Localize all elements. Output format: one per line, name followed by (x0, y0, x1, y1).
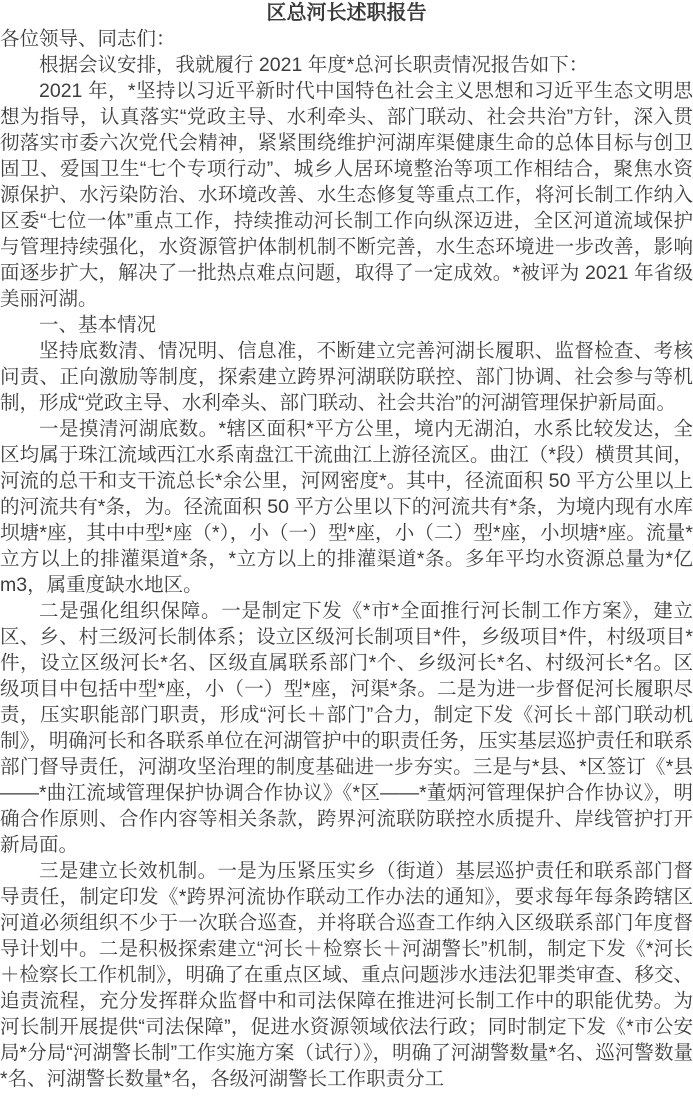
basic-situation-summary-paragraph: 坚持底数清、情况明、信息准，不断建立完善河湖长履职、监督检查、考核问责、正向激励… (0, 338, 693, 416)
document-title: 区总河长述职报告 (0, 0, 693, 26)
intro-paragraph: 根据会议安排，我就履行 2021 年度*总河长职责情况报告如下： (0, 52, 693, 78)
salutation-line: 各位领导、同志们： (0, 26, 693, 52)
point-two-organization-paragraph: 二是强化组织保障。一是制定下发《*市*全面推行河长制工作方案》，建立区、乡、村三… (0, 598, 693, 858)
document-page: 区总河长述职报告 各位领导、同志们： 根据会议安排，我就履行 2021 年度*总… (0, 0, 693, 1097)
point-one-river-survey-paragraph: 一是摸清河湖底数。*辖区面积*平方公里，境内无湖泊，水系比较发达，全区均属于珠江… (0, 416, 693, 598)
point-three-mechanism-paragraph: 三是建立长效机制。一是为压紧压实乡（街道）基层巡护责任和联系部门督导责任，制定印… (0, 858, 693, 1092)
overview-paragraph: 2021 年，*坚持以习近平新时代中国特色社会主义思想和习近平生态文明思想为指导… (0, 78, 693, 312)
section-heading-basic-situation: 一、基本情况 (0, 312, 693, 338)
